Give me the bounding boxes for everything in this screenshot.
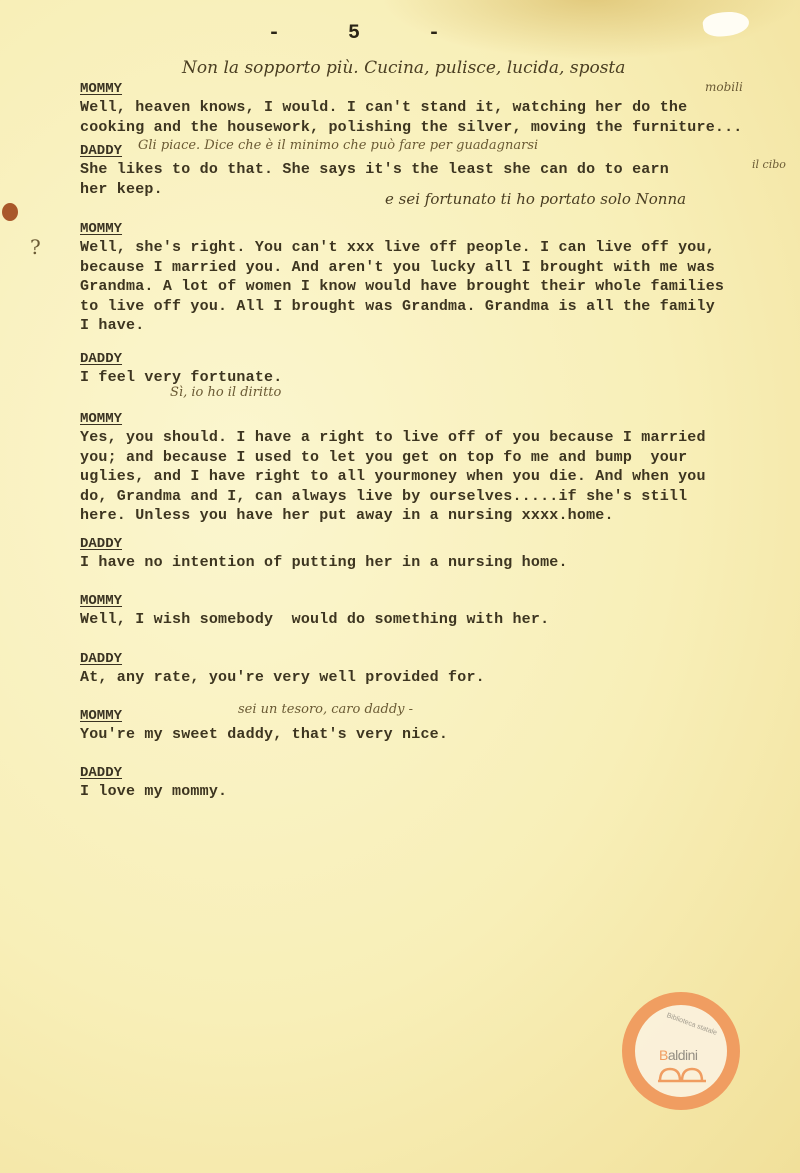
- stamp-small-text: Biblioteca statale: [665, 1012, 717, 1038]
- dialogue-line: because I married you. And aren't you lu…: [80, 258, 724, 278]
- dialogue-line: Well, heaven knows, I would. I can't sta…: [80, 98, 743, 118]
- dialogue-line: do, Grandma and I, can always live by ou…: [80, 487, 706, 507]
- dialogue-line: At, any rate, you're very well provided …: [80, 668, 485, 688]
- dialogue-block: DADDY I feel very fortunate.: [80, 350, 282, 388]
- dialogue-block: MOMMY Well, she's right. You can't xxx l…: [80, 220, 724, 336]
- speaker-name: MOMMY: [80, 80, 743, 98]
- speaker-name: MOMMY: [80, 220, 724, 238]
- dialogue-line: to live off you. All I brought was Grand…: [80, 297, 724, 317]
- dialogue-line: She likes to do that. She says it's the …: [80, 160, 669, 180]
- dialogue-line: here. Unless you have her put away in a …: [80, 506, 706, 526]
- dialogue-line: cooking and the housework, polishing the…: [80, 118, 743, 138]
- dialogue-block: MOMMY Well, I wish somebody would do som…: [80, 592, 549, 630]
- speaker-name: MOMMY: [80, 410, 706, 428]
- dialogue-line: Yes, you should. I have a right to live …: [80, 428, 706, 448]
- dialogue-line: Well, she's right. You can't xxx live of…: [80, 238, 724, 258]
- speaker-name: MOMMY: [80, 707, 448, 725]
- dialogue-line: her keep.: [80, 180, 669, 200]
- dialogue-block: DADDY She likes to do that. She says it'…: [80, 142, 669, 199]
- speaker-name: DADDY: [80, 350, 282, 368]
- dialogue-block: MOMMY Yes, you should. I have a right to…: [80, 410, 706, 526]
- page-number: - 5 -: [268, 22, 468, 45]
- dialogue-line: I have no intention of putting her in a …: [80, 553, 568, 573]
- dialogue-line: uglies, and I have right to all yourmone…: [80, 467, 706, 487]
- dialogue-block: DADDY At, any rate, you're very well pro…: [80, 650, 485, 688]
- speaker-name: MOMMY: [80, 592, 549, 610]
- speaker-name: DADDY: [80, 535, 568, 553]
- speaker-name: DADDY: [80, 142, 669, 160]
- stamp-name: Baldini: [659, 1047, 698, 1063]
- dialogue-block: DADDY I love my mommy.: [80, 764, 227, 802]
- speaker-name: DADDY: [80, 650, 485, 668]
- speaker-name: DADDY: [80, 764, 227, 782]
- handwritten-note-top: Non la sopporto più. Cucina, pulisce, lu…: [182, 58, 625, 78]
- dialogue-line: I have.: [80, 316, 724, 336]
- dialogue-line: you; and because I used to let you get o…: [80, 448, 706, 468]
- library-stamp: Biblioteca statale Baldini: [622, 992, 740, 1110]
- dialogue-line: You're my sweet daddy, that's very nice.: [80, 725, 448, 745]
- ink-blot: [2, 203, 18, 221]
- arches-icon: [657, 1065, 707, 1083]
- dialogue-line: Grandma. A lot of women I know would hav…: [80, 277, 724, 297]
- margin-question-mark: ?: [30, 235, 41, 259]
- dialogue-line: I feel very fortunate.: [80, 368, 282, 388]
- dialogue-block: MOMMY Well, heaven knows, I would. I can…: [80, 80, 743, 137]
- dialogue-block: MOMMY You're my sweet daddy, that's very…: [80, 707, 448, 745]
- dialogue-block: DADDY I have no intention of putting her…: [80, 535, 568, 573]
- dialogue-line: Well, I wish somebody would do something…: [80, 610, 549, 630]
- stamp-name-rest: aldini: [668, 1047, 698, 1063]
- dialogue-line: I love my mommy.: [80, 782, 227, 802]
- stamp-initial: B: [659, 1047, 668, 1063]
- handwritten-note-daddy-1-right: il cibo: [752, 158, 786, 171]
